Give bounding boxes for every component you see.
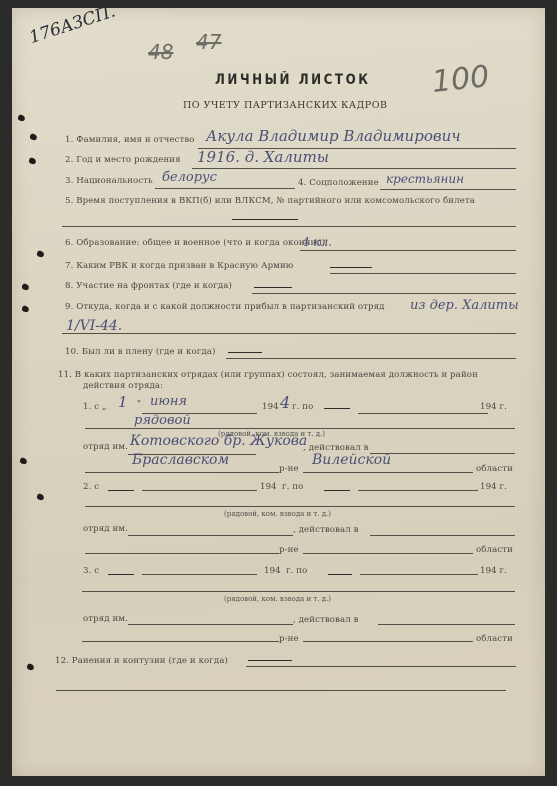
crossed-number-47: 47 [196, 30, 221, 54]
unit-2-district-label: р-не [279, 545, 299, 555]
field-12-label: 12. Ранения и контузии (где и когда) [55, 656, 228, 666]
unit-3-num: 3. с [83, 566, 99, 576]
field-9-value[interactable]: из дер. Халиты [410, 298, 519, 313]
unit-1-to-year: 194 г. [480, 402, 507, 412]
field-4-value[interactable]: крестьянин [386, 172, 464, 186]
field-11-label-cont: действия отряда: [83, 381, 163, 391]
field-12-dash [248, 660, 292, 661]
field-5-label: 5. Время поступления в ВКП(б) или ВЛКСМ,… [65, 196, 475, 206]
field-6-value[interactable]: 4 кл. [302, 235, 332, 249]
field-2-label: 2. Год и место рождения [65, 155, 181, 165]
unit-1-district-label: р-не [279, 464, 299, 474]
field-8-dash [254, 287, 292, 288]
field-6-label: 6. Образование: общее и военное (что и к… [65, 238, 325, 248]
unit-2-to-year: 194 г. [480, 482, 507, 492]
document-title: ЛИЧНЫЙ ЛИСТОК [215, 72, 371, 88]
unit-3-year-print: 194 [264, 566, 281, 576]
unit-3-position-hint: (рядовой, ком. взвода и т. д.) [224, 595, 331, 603]
document-subtitle: ПО УЧЕТУ ПАРТИЗАНСКИХ КАДРОВ [183, 100, 387, 111]
unit-1-month[interactable]: июня [150, 394, 187, 409]
unit-1-region[interactable]: Вилейской [312, 452, 391, 468]
field-4-label: 4. Соцположение [298, 178, 379, 188]
field-7-dash [330, 267, 372, 268]
unit-2-to-label: г. по [282, 482, 303, 492]
unit-3-to-year: 194 г. [480, 566, 507, 576]
unit-3-to-label: г. по [286, 566, 307, 576]
crossed-number-48: 48 [148, 40, 173, 64]
unit-1-position[interactable]: рядовой [134, 413, 191, 428]
field-10-label: 10. Был ли в плену (где и когда) [65, 347, 215, 357]
unit-1-region-label: области [476, 464, 513, 474]
field-3-label: 3. Национальность [65, 176, 153, 186]
page-number: 100 [430, 59, 491, 100]
unit-1-district[interactable]: Браславском [132, 452, 229, 468]
field-11-label: 11. В каких партизанских отрядах (или гр… [58, 370, 478, 380]
field-2-value[interactable]: 1916. д. Халиты [197, 148, 329, 166]
unit-1-year-hand[interactable]: 4 [280, 393, 290, 412]
unit-1-quote-open: „ [102, 402, 107, 412]
unit-2-acted-label: , действовал в [293, 525, 359, 535]
unit-3-district-label: р-не [279, 634, 299, 644]
field-3-value[interactable]: белорус [162, 170, 217, 185]
unit-2-num: 2. с [83, 482, 99, 492]
field-7-label: 7. Каким РВК и когда призван в Красную А… [65, 261, 293, 271]
unit-1-num: 1. с [83, 402, 99, 412]
unit-1-year-print: 194 [262, 402, 279, 412]
unit-1-detachment[interactable]: Котовского бр. Жукова [130, 433, 307, 449]
field-10-dash [228, 352, 262, 353]
field-8-label: 8. Участие на фронтах (где и когда) [65, 281, 232, 291]
unit-1-quote-close: " [137, 399, 141, 409]
unit-3-detachment-label: отряд им. [83, 614, 128, 624]
unit-2-region-label: области [476, 545, 513, 555]
unit-1-detachment-label: отряд им. [83, 442, 128, 452]
unit-2-detachment-label: отряд им. [83, 524, 128, 534]
field-5-dash [232, 219, 298, 220]
unit-3-acted-label: , действовал в [293, 615, 359, 625]
unit-2-year-print: 194 [260, 482, 277, 492]
unit-1-to-label: г. по [292, 402, 313, 412]
unit-1-day[interactable]: 1 [118, 393, 128, 411]
field-1-label: 1. Фамилия, имя и отчество [65, 135, 195, 145]
unit-2-position-hint: (рядовой, ком. взвода и т. д.) [224, 510, 331, 518]
field-1-value[interactable]: Акула Владимир Владимирович [206, 127, 461, 145]
field-9-label: 9. Откуда, когда и с какой должности при… [65, 302, 385, 312]
field-9-value-date[interactable]: 1/VI-44. [66, 318, 122, 334]
unit-3-region-label: области [476, 634, 513, 644]
